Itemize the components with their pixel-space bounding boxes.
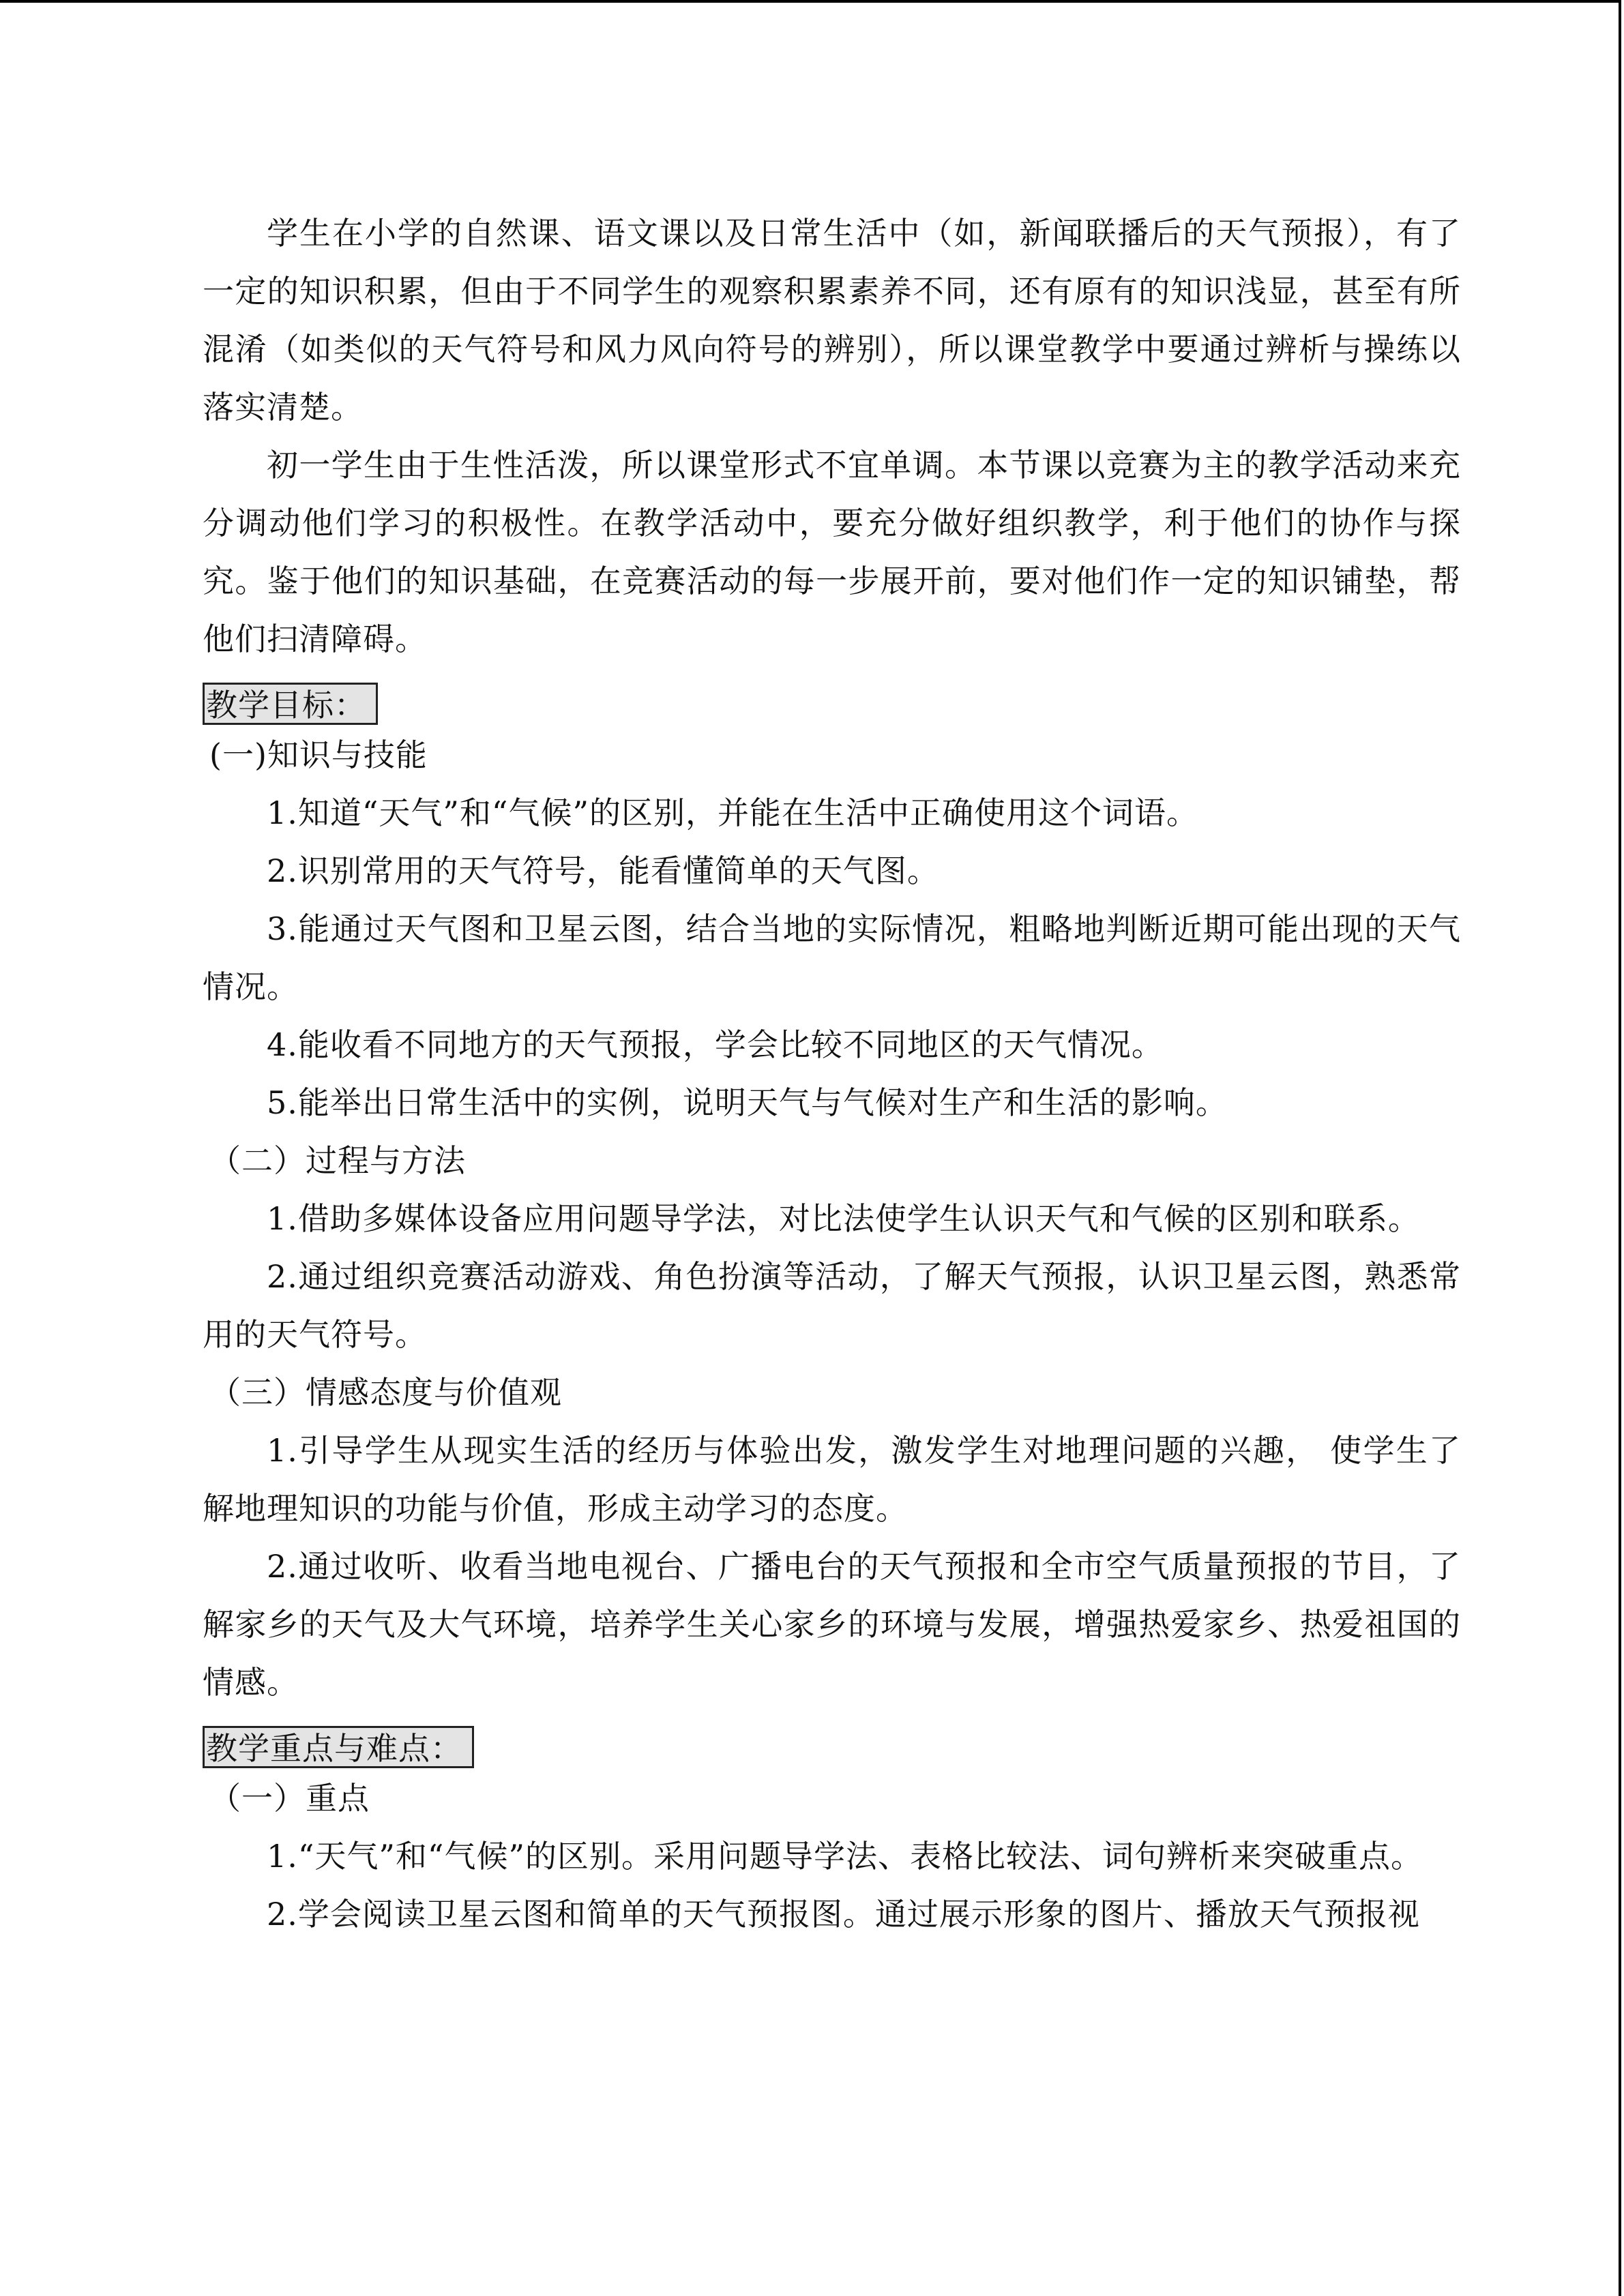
list-item: 1.引导学生从现实生活的经历与体验出发，激发学生对地理问题的兴趣， 使学生了解地… xyxy=(203,1422,1461,1538)
section-key-points: 教学重点与难点： xyxy=(203,1712,1461,1770)
list-item: 3.能通过天气图和卫星云图，结合当地的实际情况，粗略地判断近期可能出现的天气情况… xyxy=(203,900,1461,1016)
section-teaching-goals: 教学目标： xyxy=(203,668,1461,726)
intro-paragraph-1: 学生在小学的自然课、语文课以及日常生活中（如，新闻联播后的天气预报），有了一定的… xyxy=(203,205,1461,436)
list-item: 4.能收看不同地方的天气预报，学会比较不同地区的天气情况。 xyxy=(203,1016,1461,1074)
list-item: 2.通过组织竞赛活动游戏、角色扮演等活动，了解天气预报，认识卫星云图，熟悉常用的… xyxy=(203,1248,1461,1364)
subsection-title-key-points: （一）重点 xyxy=(203,1770,1461,1828)
list-item: 2.通过收听、收看当地电视台、广播电台的天气预报和全市空气质量预报的节目，了解家… xyxy=(203,1538,1461,1712)
list-item: 1.知道“天气”和“气候”的区别，并能在生活中正确使用这个词语。 xyxy=(203,784,1461,842)
list-item: 1.“天气”和“气候”的区别。采用问题导学法、表格比较法、词句辨析来突破重点。 xyxy=(203,1828,1461,1885)
list-item: 5.能举出日常生活中的实例，说明天气与气候对生产和生活的影响。 xyxy=(203,1074,1461,1132)
list-item: 2.识别常用的天气符号，能看懂简单的天气图。 xyxy=(203,842,1461,900)
subsection-title-knowledge-skills: (一)知识与技能 xyxy=(203,726,1461,784)
section-heading-teaching-goals: 教学目标： xyxy=(203,683,378,725)
list-item: 1.借助多媒体设备应用问题导学法，对比法使学生认识天气和气候的区别和联系。 xyxy=(203,1190,1461,1248)
list-item: 2.学会阅读卫星云图和简单的天气预报图。通过展示形象的图片、播放天气预报视 xyxy=(203,1885,1461,1943)
section-heading-key-points: 教学重点与难点： xyxy=(203,1726,474,1768)
subsection-title-process-methods: （二）过程与方法 xyxy=(203,1132,1461,1190)
subsection-title-attitudes-values: （三）情感态度与价值观 xyxy=(203,1364,1461,1422)
intro-paragraph-2: 初一学生由于生性活泼，所以课堂形式不宜单调。本节课以竞赛为主的教学活动来充分调动… xyxy=(203,436,1461,668)
document-body: 学生在小学的自然课、语文课以及日常生活中（如，新闻联播后的天气预报），有了一定的… xyxy=(203,205,1461,1943)
